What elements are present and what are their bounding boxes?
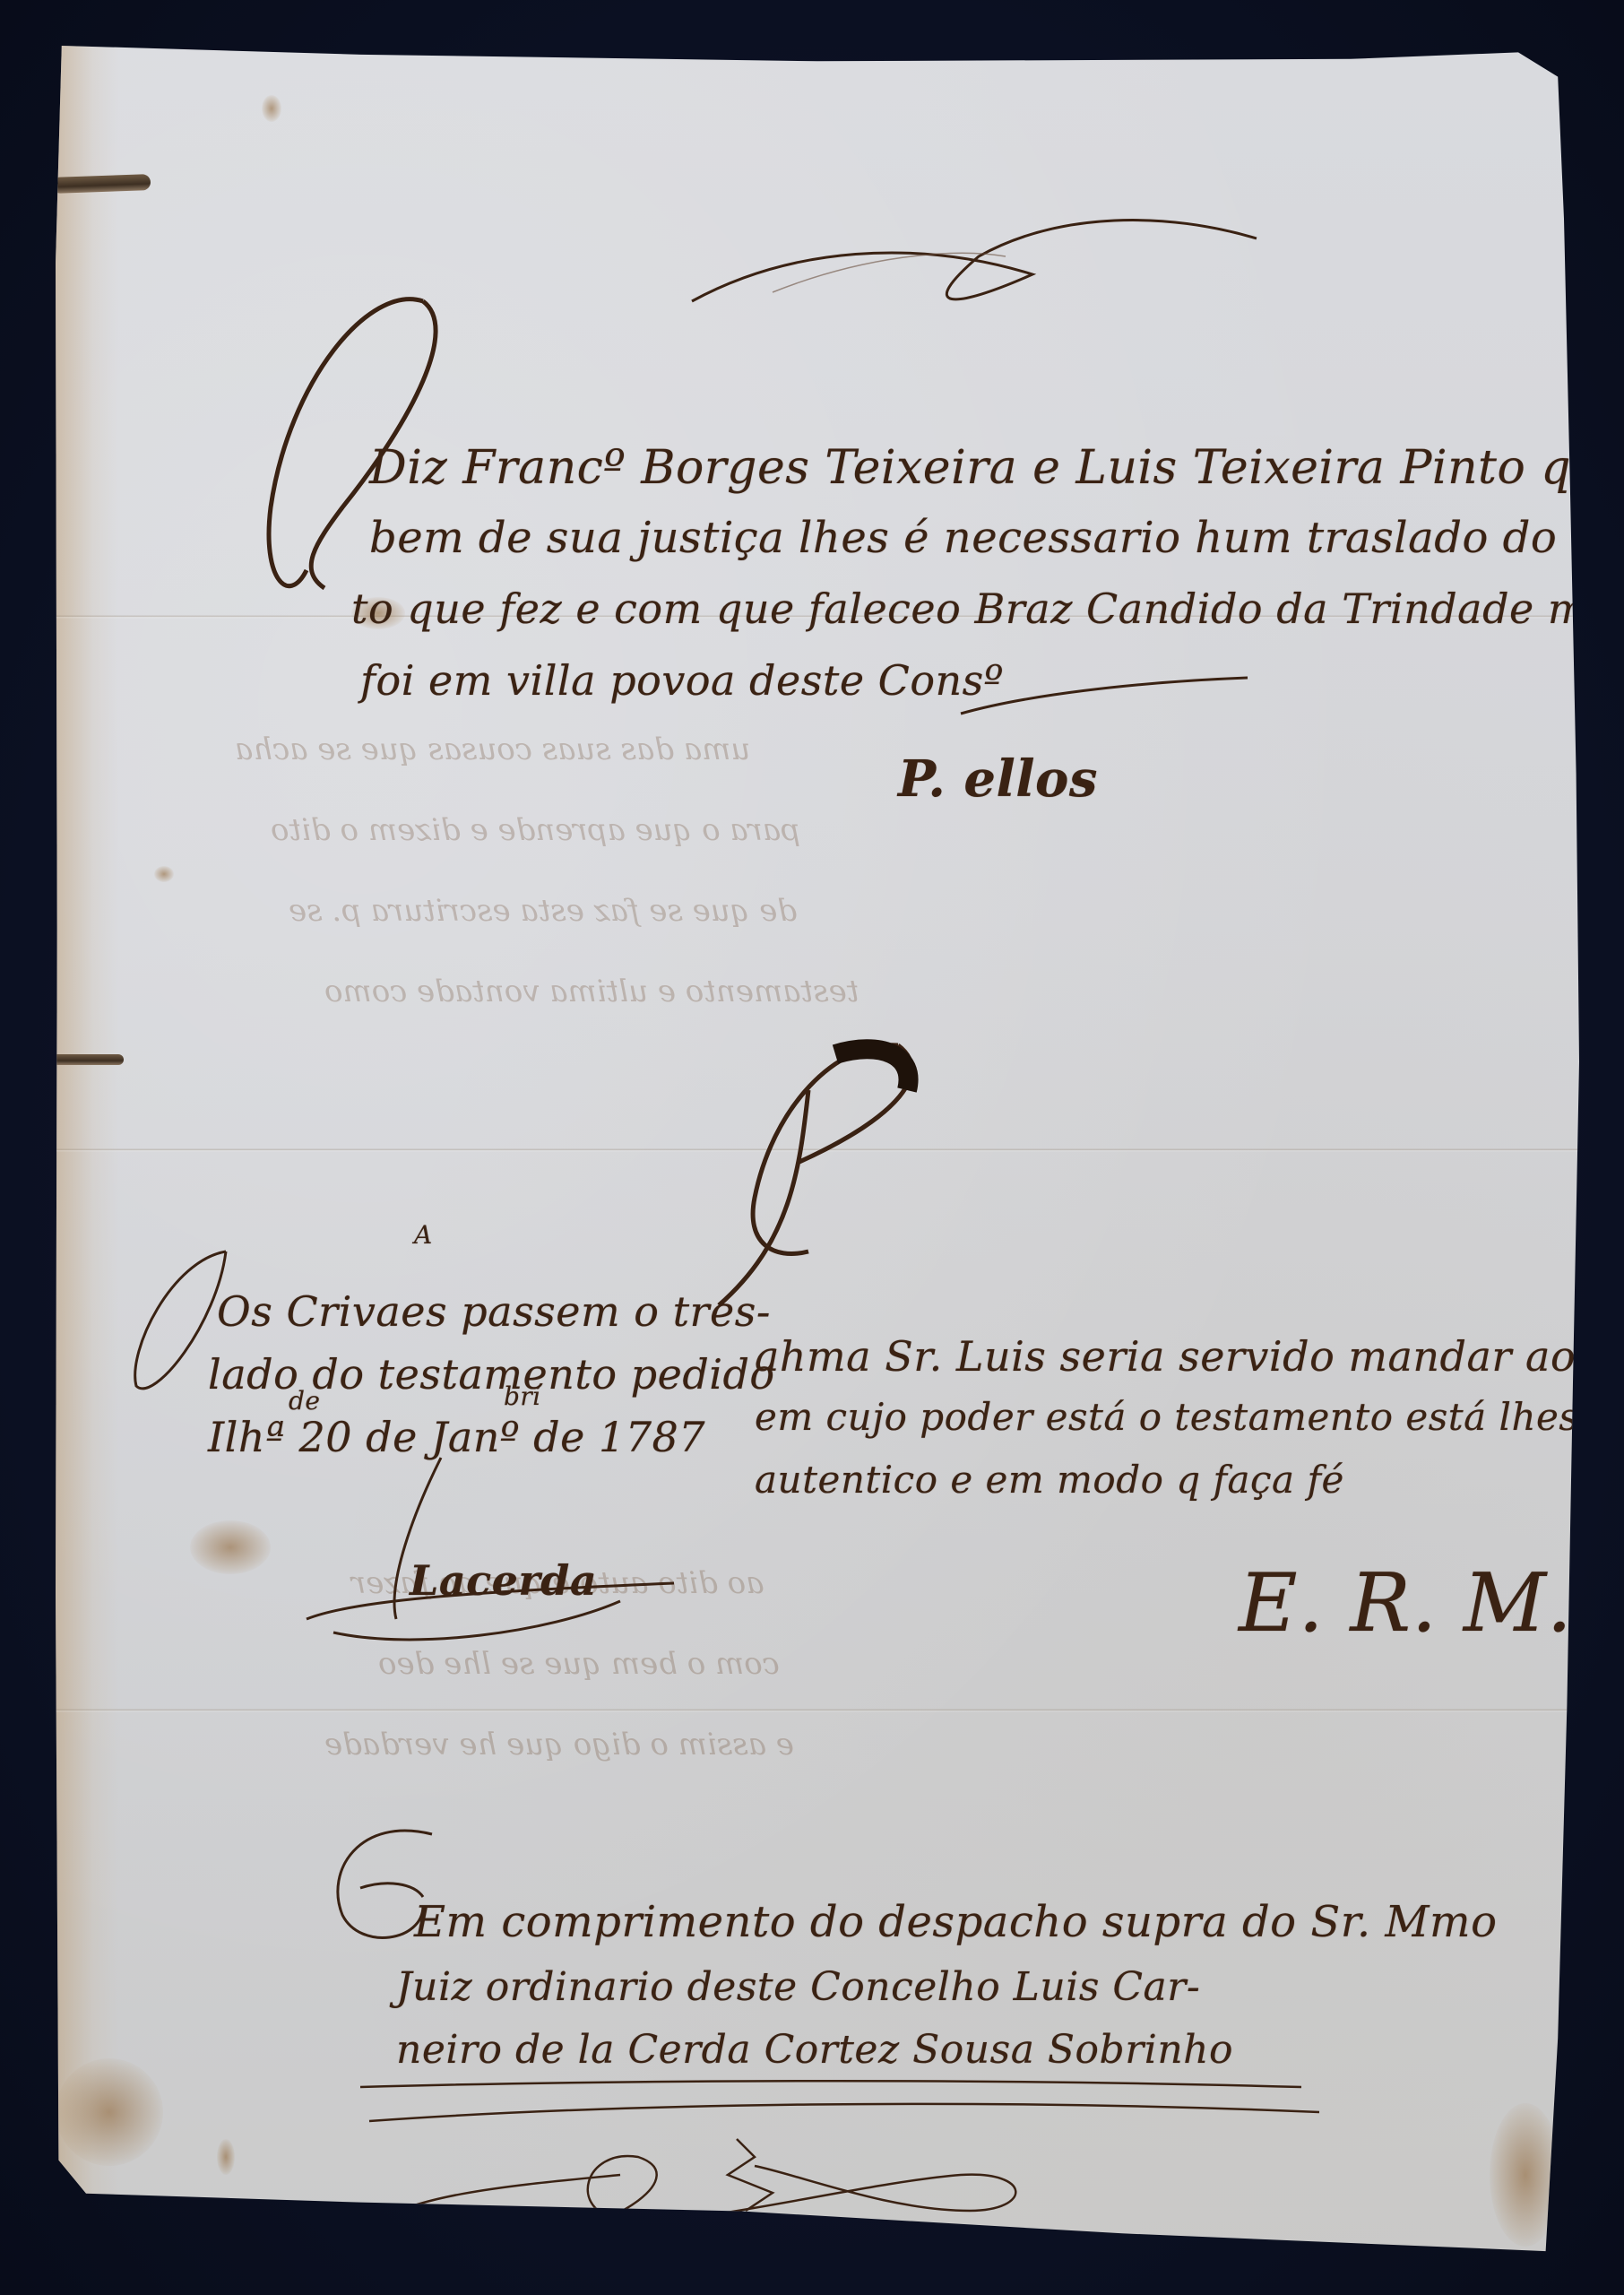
- request-line-1: ahma Sr. Luis seria servido mandar aos C…: [755, 1332, 1624, 1381]
- request-line-2: em cujo poder está o testamento está lhe…: [755, 1395, 1624, 1439]
- bleed-through-text: uma das suas cousas que se acha: [235, 732, 750, 767]
- fold-line: [56, 1709, 1579, 1712]
- petition-line-3: to que fez e com que faleceo Braz Candid…: [351, 588, 1624, 629]
- superscript-bri: bri: [504, 1381, 541, 1411]
- request-line-3: autentico e em modo q faça fé: [755, 1458, 1344, 1502]
- ink-stain: [217, 2139, 235, 2175]
- despacho-p-ellos: P. ellos: [898, 749, 1098, 809]
- header-flourish: [683, 194, 1266, 319]
- binding-thread: [52, 174, 151, 194]
- superscript-de: de: [289, 1386, 321, 1416]
- petition-underline: [952, 669, 1266, 723]
- binding-thread: [52, 1054, 124, 1065]
- bleed-through-text: de que se faz esta escritura p. se: [289, 893, 797, 929]
- ink-stain: [154, 866, 174, 882]
- lacerda-signature: Lacerda: [410, 1556, 597, 1605]
- superscript-a: A: [414, 1220, 433, 1250]
- compliance-line-3: neiro de la Cerda Cortez Sousa Sobrinho: [396, 2027, 1233, 2073]
- ink-stain: [262, 95, 281, 122]
- margin-note-line-1: Os Crivaes passem o tres-: [217, 1287, 771, 1336]
- ink-stain: [56, 2058, 163, 2166]
- manuscript-sheet: uma das suas cousas que se acha para o q…: [56, 41, 1579, 2260]
- bleed-through-text: e assim o digo que he verdade: [324, 1727, 794, 1762]
- petition-line-1: Diz Francº Borges Teixeira e Luis Teixei…: [369, 445, 1624, 491]
- bleed-through-text: testamento e ultima vontade como: [324, 974, 859, 1009]
- erm-signature: E. R. M.: [1239, 1556, 1573, 1650]
- ink-stain: [190, 1520, 271, 1574]
- compliance-line-1: Em comprimento do despacho supra do Sr. …: [414, 1897, 1497, 1947]
- compliance-initial-e: [307, 1798, 486, 1978]
- compliance-line-2: Juiz ordinario deste Concelho Luis Car-: [396, 1964, 1200, 2010]
- petition-line-4: foi em villa povoa deste Consº: [360, 660, 1004, 701]
- bleed-through-text: para o que aprende e dizem o dito: [271, 812, 800, 848]
- petition-line-2: bem de sua justiça lhes é necessario hum…: [369, 516, 1624, 559]
